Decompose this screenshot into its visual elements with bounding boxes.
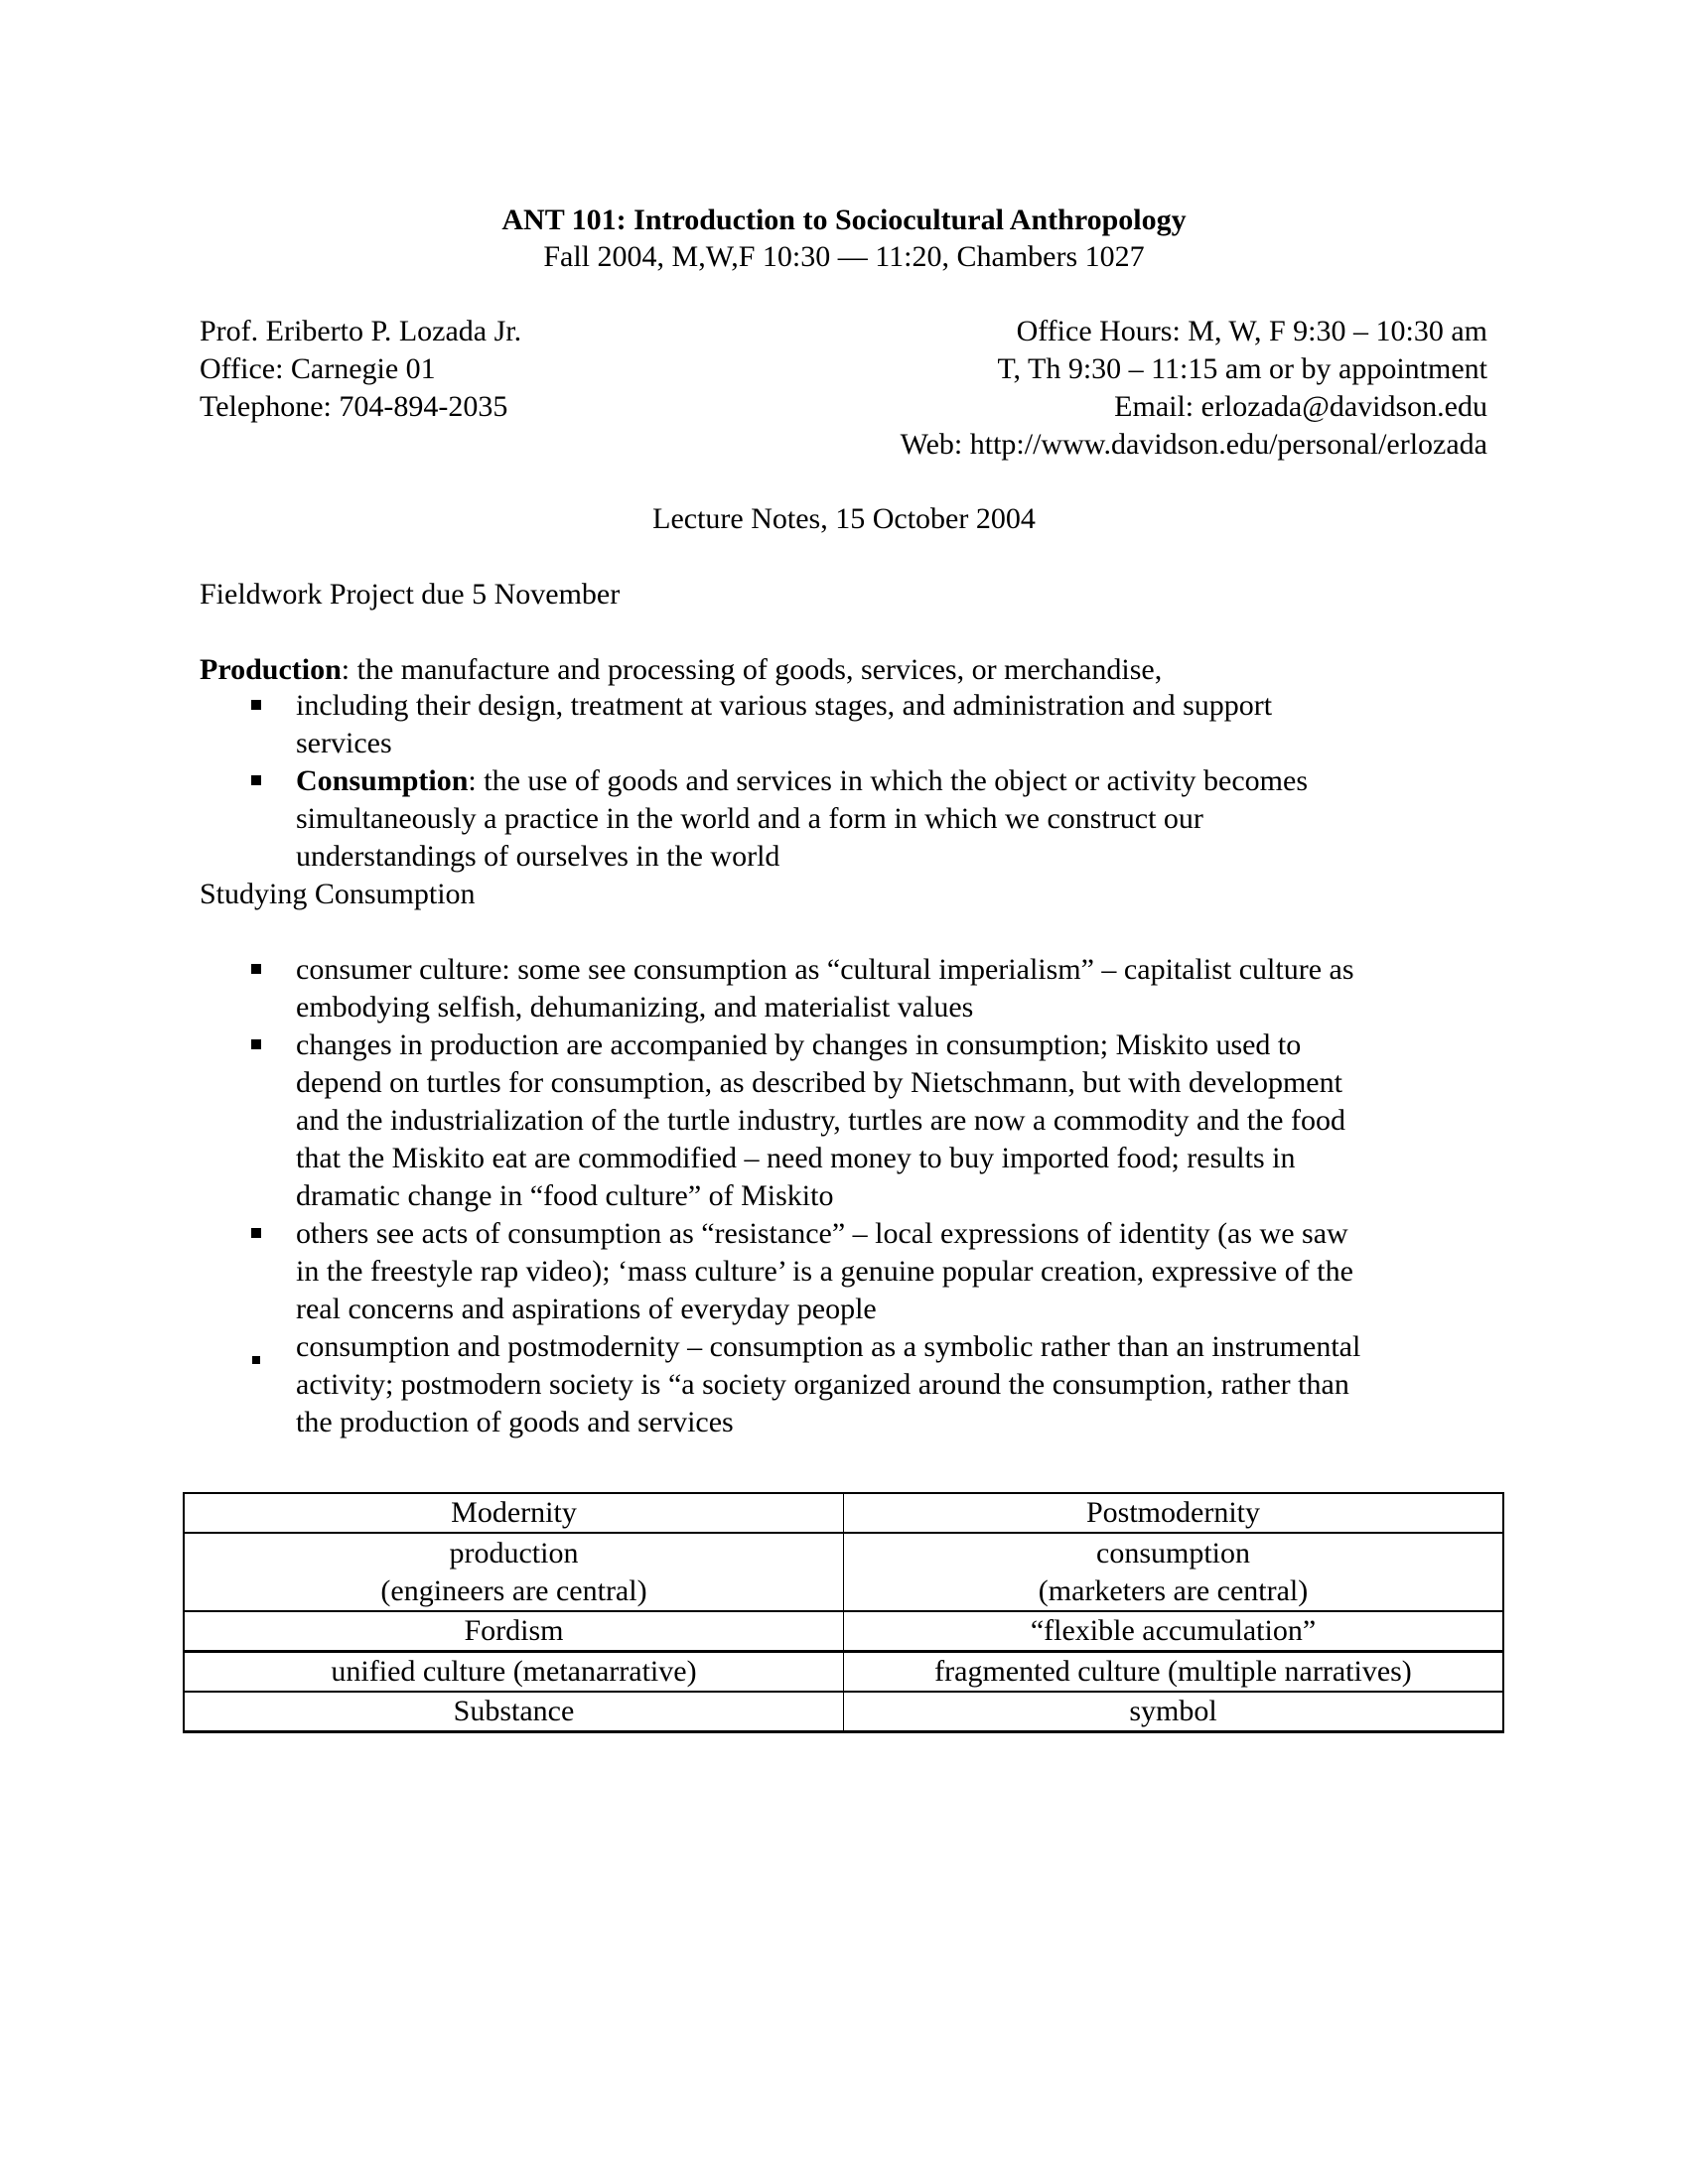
web-url: Web: http://www.davidson.edu/personal/er… — [901, 426, 1487, 464]
production-term: Production — [200, 653, 342, 686]
studying-bullet-2-line-1: changes in production are accompanied by… — [296, 1026, 1301, 1064]
lecture-heading: Lecture Notes, 15 October 2004 — [0, 500, 1688, 538]
bullet-icon — [252, 1356, 260, 1364]
table-cell-line: (marketers are central) — [844, 1572, 1502, 1610]
production-definition: Production: the manufacture and processi… — [200, 651, 1162, 689]
table-cell: Fordism — [184, 1611, 844, 1652]
bullet-icon — [251, 700, 261, 710]
table-cell: Substance — [184, 1692, 844, 1732]
studying-bullet-1-line-1: consumer culture: some see consumption a… — [296, 951, 1354, 989]
table-header-postmodernity: Postmodernity — [844, 1493, 1504, 1533]
email: Email: erlozada@davidson.edu — [1114, 388, 1487, 426]
consumption-definition: Consumption: the use of goods and servic… — [296, 762, 1308, 800]
table-cell: unified culture (metanarrative) — [184, 1652, 844, 1693]
announcement: Fieldwork Project due 5 November — [200, 576, 620, 614]
consumption-term: Consumption — [296, 764, 468, 797]
bullet-icon — [251, 1228, 261, 1238]
instructor-name: Prof. Eriberto P. Lozada Jr. — [200, 313, 521, 350]
course-schedule: Fall 2004, M,W,F 10:30 — 11:20, Chambers… — [0, 238, 1688, 276]
studying-bullet-3-line-3: real concerns and aspirations of everyda… — [296, 1291, 877, 1328]
table-cell: fragmented culture (multiple narratives) — [844, 1652, 1504, 1693]
studying-bullet-4-line-2: activity; postmodern society is “a socie… — [296, 1366, 1349, 1404]
table-cell: symbol — [844, 1692, 1504, 1732]
bullet-icon — [251, 1039, 261, 1049]
table-row: Fordism “flexible accumulation” — [184, 1611, 1503, 1652]
table-cell-line: production — [185, 1535, 843, 1572]
table-cell-line: consumption — [844, 1535, 1502, 1572]
studying-consumption-heading: Studying Consumption — [200, 876, 476, 913]
consumption-definition-line-3: understandings of ourselves in the world — [296, 838, 779, 876]
production-definition-text: : the manufacture and processing of good… — [342, 653, 1162, 686]
bullet-icon — [251, 964, 261, 974]
studying-bullet-4-line-1: consumption and postmodernity – consumpt… — [296, 1328, 1360, 1366]
table-row: production (engineers are central) consu… — [184, 1533, 1503, 1611]
telephone: Telephone: 704-894-2035 — [200, 388, 507, 426]
studying-bullet-3-line-2: in the freestyle rap video); ‘mass cultu… — [296, 1253, 1353, 1291]
table-cell-line: (engineers are central) — [185, 1572, 843, 1610]
table-cell: “flexible accumulation” — [844, 1611, 1504, 1652]
bullet-icon — [251, 775, 261, 785]
studying-bullet-2-line-5: dramatic change in “food culture” of Mis… — [296, 1177, 833, 1215]
document-page: ANT 101: Introduction to Sociocultural A… — [0, 0, 1688, 2184]
studying-bullet-4-line-3: the production of goods and services — [296, 1404, 734, 1441]
studying-bullet-1-line-2: embodying selfish, dehumanizing, and mat… — [296, 989, 973, 1026]
studying-bullet-3-line-1: others see acts of consumption as “resis… — [296, 1215, 1348, 1253]
studying-bullet-2-line-2: depend on turtles for consumption, as de… — [296, 1064, 1342, 1102]
table-cell: consumption (marketers are central) — [844, 1533, 1504, 1611]
office-location: Office: Carnegie 01 — [200, 350, 436, 388]
table-row: Substance symbol — [184, 1692, 1503, 1732]
table-cell: production (engineers are central) — [184, 1533, 844, 1611]
production-bullet-1-line-2: services — [296, 725, 392, 762]
office-hours: Office Hours: M, W, F 9:30 – 10:30 am — [1017, 313, 1487, 350]
table-header-modernity: Modernity — [184, 1493, 844, 1533]
course-title: ANT 101: Introduction to Sociocultural A… — [0, 202, 1688, 239]
consumption-definition-line-2: simultaneously a practice in the world a… — [296, 800, 1203, 838]
table-header-row: Modernity Postmodernity — [184, 1493, 1503, 1533]
studying-bullet-2-line-3: and the industrialization of the turtle … — [296, 1102, 1345, 1140]
studying-bullet-2-line-4: that the Miskito eat are commodified – n… — [296, 1140, 1295, 1177]
office-hours-tth: T, Th 9:30 – 11:15 am or by appointment — [997, 350, 1487, 388]
table-row: unified culture (metanarrative) fragment… — [184, 1652, 1503, 1693]
production-bullet-1-line-1: including their design, treatment at var… — [296, 687, 1272, 725]
consumption-definition-text: : the use of goods and services in which… — [468, 764, 1308, 797]
modernity-postmodernity-table: Modernity Postmodernity production (engi… — [183, 1492, 1504, 1733]
